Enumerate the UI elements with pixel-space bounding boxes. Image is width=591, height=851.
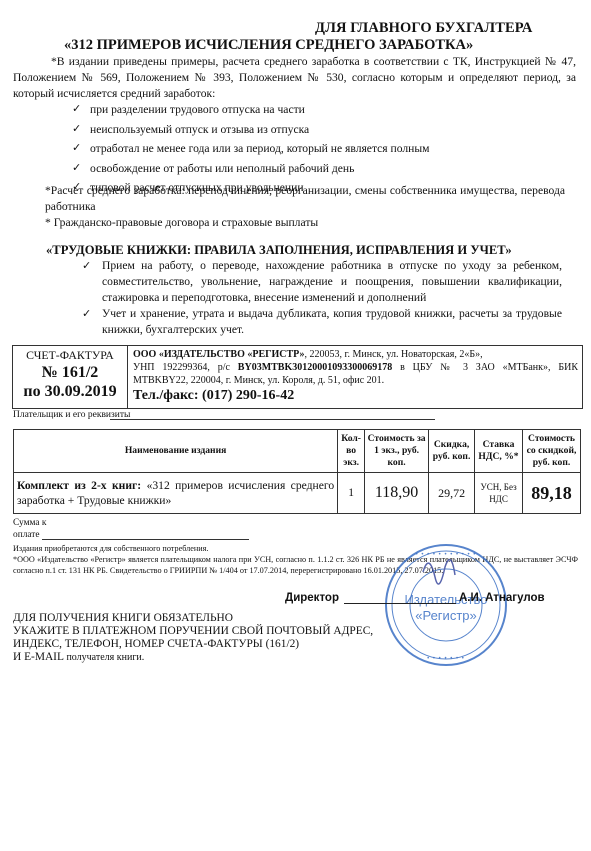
bank-line: УНП 192299364, р/с BY03MTBK3012000109330… [133, 361, 578, 374]
book2-title: «ТРУДОВЫЕ КНИЖКИ: ПРАВИЛА ЗАПОЛНЕНИЯ, ИС… [46, 243, 512, 258]
notice-line: УКАЖИТЕ В ПЛАТЕЖНОМ ПОРУЧЕНИИ СВОЙ ПОЧТО… [13, 625, 373, 638]
item-total: 89,18 [523, 473, 581, 514]
table-header-row: Наименование издания Кол-во экз. Стоимос… [14, 430, 581, 473]
invoice-header: СЧЕТ-ФАКТУРА № 161/2 по 30.09.2019 ООО «… [12, 345, 583, 409]
sum-label-1: Сумма к [13, 518, 46, 528]
list-item: ✓Учет и хранение, утрата и выдача дублик… [82, 306, 562, 338]
col-header-discount: Скидка, руб. коп. [429, 430, 475, 473]
invoice-id-block: СЧЕТ-ФАКТУРА № 161/2 по 30.09.2019 [13, 346, 128, 408]
checkmark-icon: ✓ [72, 159, 81, 179]
signature-line [344, 603, 456, 604]
company-stamp-icon: Издательство «Регистр» • • • • • • • • •… [383, 542, 509, 668]
sum-field-line [42, 539, 249, 540]
note: * Гражданско-правовые договора и страхов… [45, 215, 565, 231]
account-number: BY03MTBK30120001093300069178 [238, 362, 392, 373]
book1-notes: *Расчет среднего заработка: переподчинен… [45, 183, 565, 231]
item-vat: УСН, Без НДС [475, 473, 523, 514]
svg-text:• • • • • • • • • • •: • • • • • • • • • • • [416, 552, 477, 558]
book1-intro-text: *В издании приведены примеры, расчета ср… [13, 55, 576, 100]
col-header-price: Стоимость за 1 экз., руб. коп. [365, 430, 429, 473]
checkmark-icon: ✓ [72, 120, 81, 140]
payer-field-line [110, 419, 435, 420]
list-item: ✓неиспользуемый отпуск и отзыва из отпус… [72, 120, 430, 140]
list-item: ✓отработал не менее года или за период, … [72, 139, 430, 159]
notice-line: И E-MAIL получателя книги. [13, 651, 373, 664]
bank-line-2: MTBKBY22, 220004, г. Минск, ул. Короля, … [133, 374, 578, 387]
item-price: 118,90 [365, 473, 429, 514]
company-phone: Тел./факс: (017) 290-16-42 [133, 387, 578, 405]
sum-label-2: оплате [13, 530, 40, 540]
notice-line: ДЛЯ ПОЛУЧЕНИЯ КНИГИ ОБЯЗАТЕЛЬНО [13, 612, 373, 625]
invoice-number: № 161/2 [13, 363, 127, 383]
note: *Расчет среднего заработка: переподчинен… [45, 183, 565, 215]
list-item: ✓Прием на работу, о переводе, нахождение… [82, 258, 562, 306]
payment-notice: ДЛЯ ПОЛУЧЕНИЯ КНИГИ ОБЯЗАТЕЛЬНО УКАЖИТЕ … [13, 612, 373, 664]
company-line: ООО «ИЗДАТЕЛЬСТВО «РЕГИСТР», 220053, г. … [133, 348, 578, 361]
company-address: , 220053, г. Минск, ул. Новаторская, 2«Б… [305, 349, 483, 360]
table-row: Комплект из 2-х книг: «312 примеров исчи… [14, 473, 581, 514]
company-details: ООО «ИЗДАТЕЛЬСТВО «РЕГИСТР», 220053, г. … [128, 346, 582, 408]
company-name: ООО «ИЗДАТЕЛЬСТВО «РЕГИСТР» [133, 349, 305, 360]
col-header-total: Стоимость со скидкой, руб. коп. [523, 430, 581, 473]
items-table: Наименование издания Кол-во экз. Стоимос… [13, 429, 581, 514]
book2-checklist: ✓Прием на работу, о переводе, нахождение… [82, 258, 562, 338]
col-header-name: Наименование издания [14, 430, 338, 473]
book1-intro: *В издании приведены примеры, расчета ср… [13, 54, 576, 102]
svg-text:«Регистр»: «Регистр» [415, 608, 476, 623]
item-qty: 1 [338, 473, 365, 514]
checkmark-icon: ✓ [72, 100, 81, 120]
book1-title: «312 ПРИМЕРОВ ИСЧИСЛЕНИЯ СРЕДНЕГО ЗАРАБО… [64, 37, 473, 54]
list-item: ✓при разделении трудового отпуска на час… [72, 100, 430, 120]
item-discount: 29,72 [429, 473, 475, 514]
invoice-label: СЧЕТ-ФАКТУРА [13, 346, 127, 363]
item-name: Комплект из 2-х книг: «312 примеров исчи… [14, 473, 338, 514]
checkmark-icon: ✓ [82, 258, 91, 274]
director-label: Директор [285, 592, 339, 604]
invoice-date: по 30.09.2019 [13, 383, 127, 401]
checkmark-icon: ✓ [82, 306, 91, 322]
svg-text:• • • • • • •: • • • • • • • [427, 656, 465, 662]
director-name: А.И. Атнагулов [459, 592, 545, 604]
checkmark-icon: ✓ [72, 139, 81, 159]
audience-heading: ДЛЯ ГЛАВНОГО БУХГАЛТЕРА [315, 20, 532, 37]
col-header-qty: Кол-во экз. [338, 430, 365, 473]
col-header-vat: Ставка НДС, %* [475, 430, 523, 473]
list-item: ✓освобождение от работы или неполный раб… [72, 159, 430, 179]
notice-line: ИНДЕКС, ТЕЛЕФОН, НОМЕР СЧЕТА-ФАКТУРЫ (16… [13, 638, 373, 651]
